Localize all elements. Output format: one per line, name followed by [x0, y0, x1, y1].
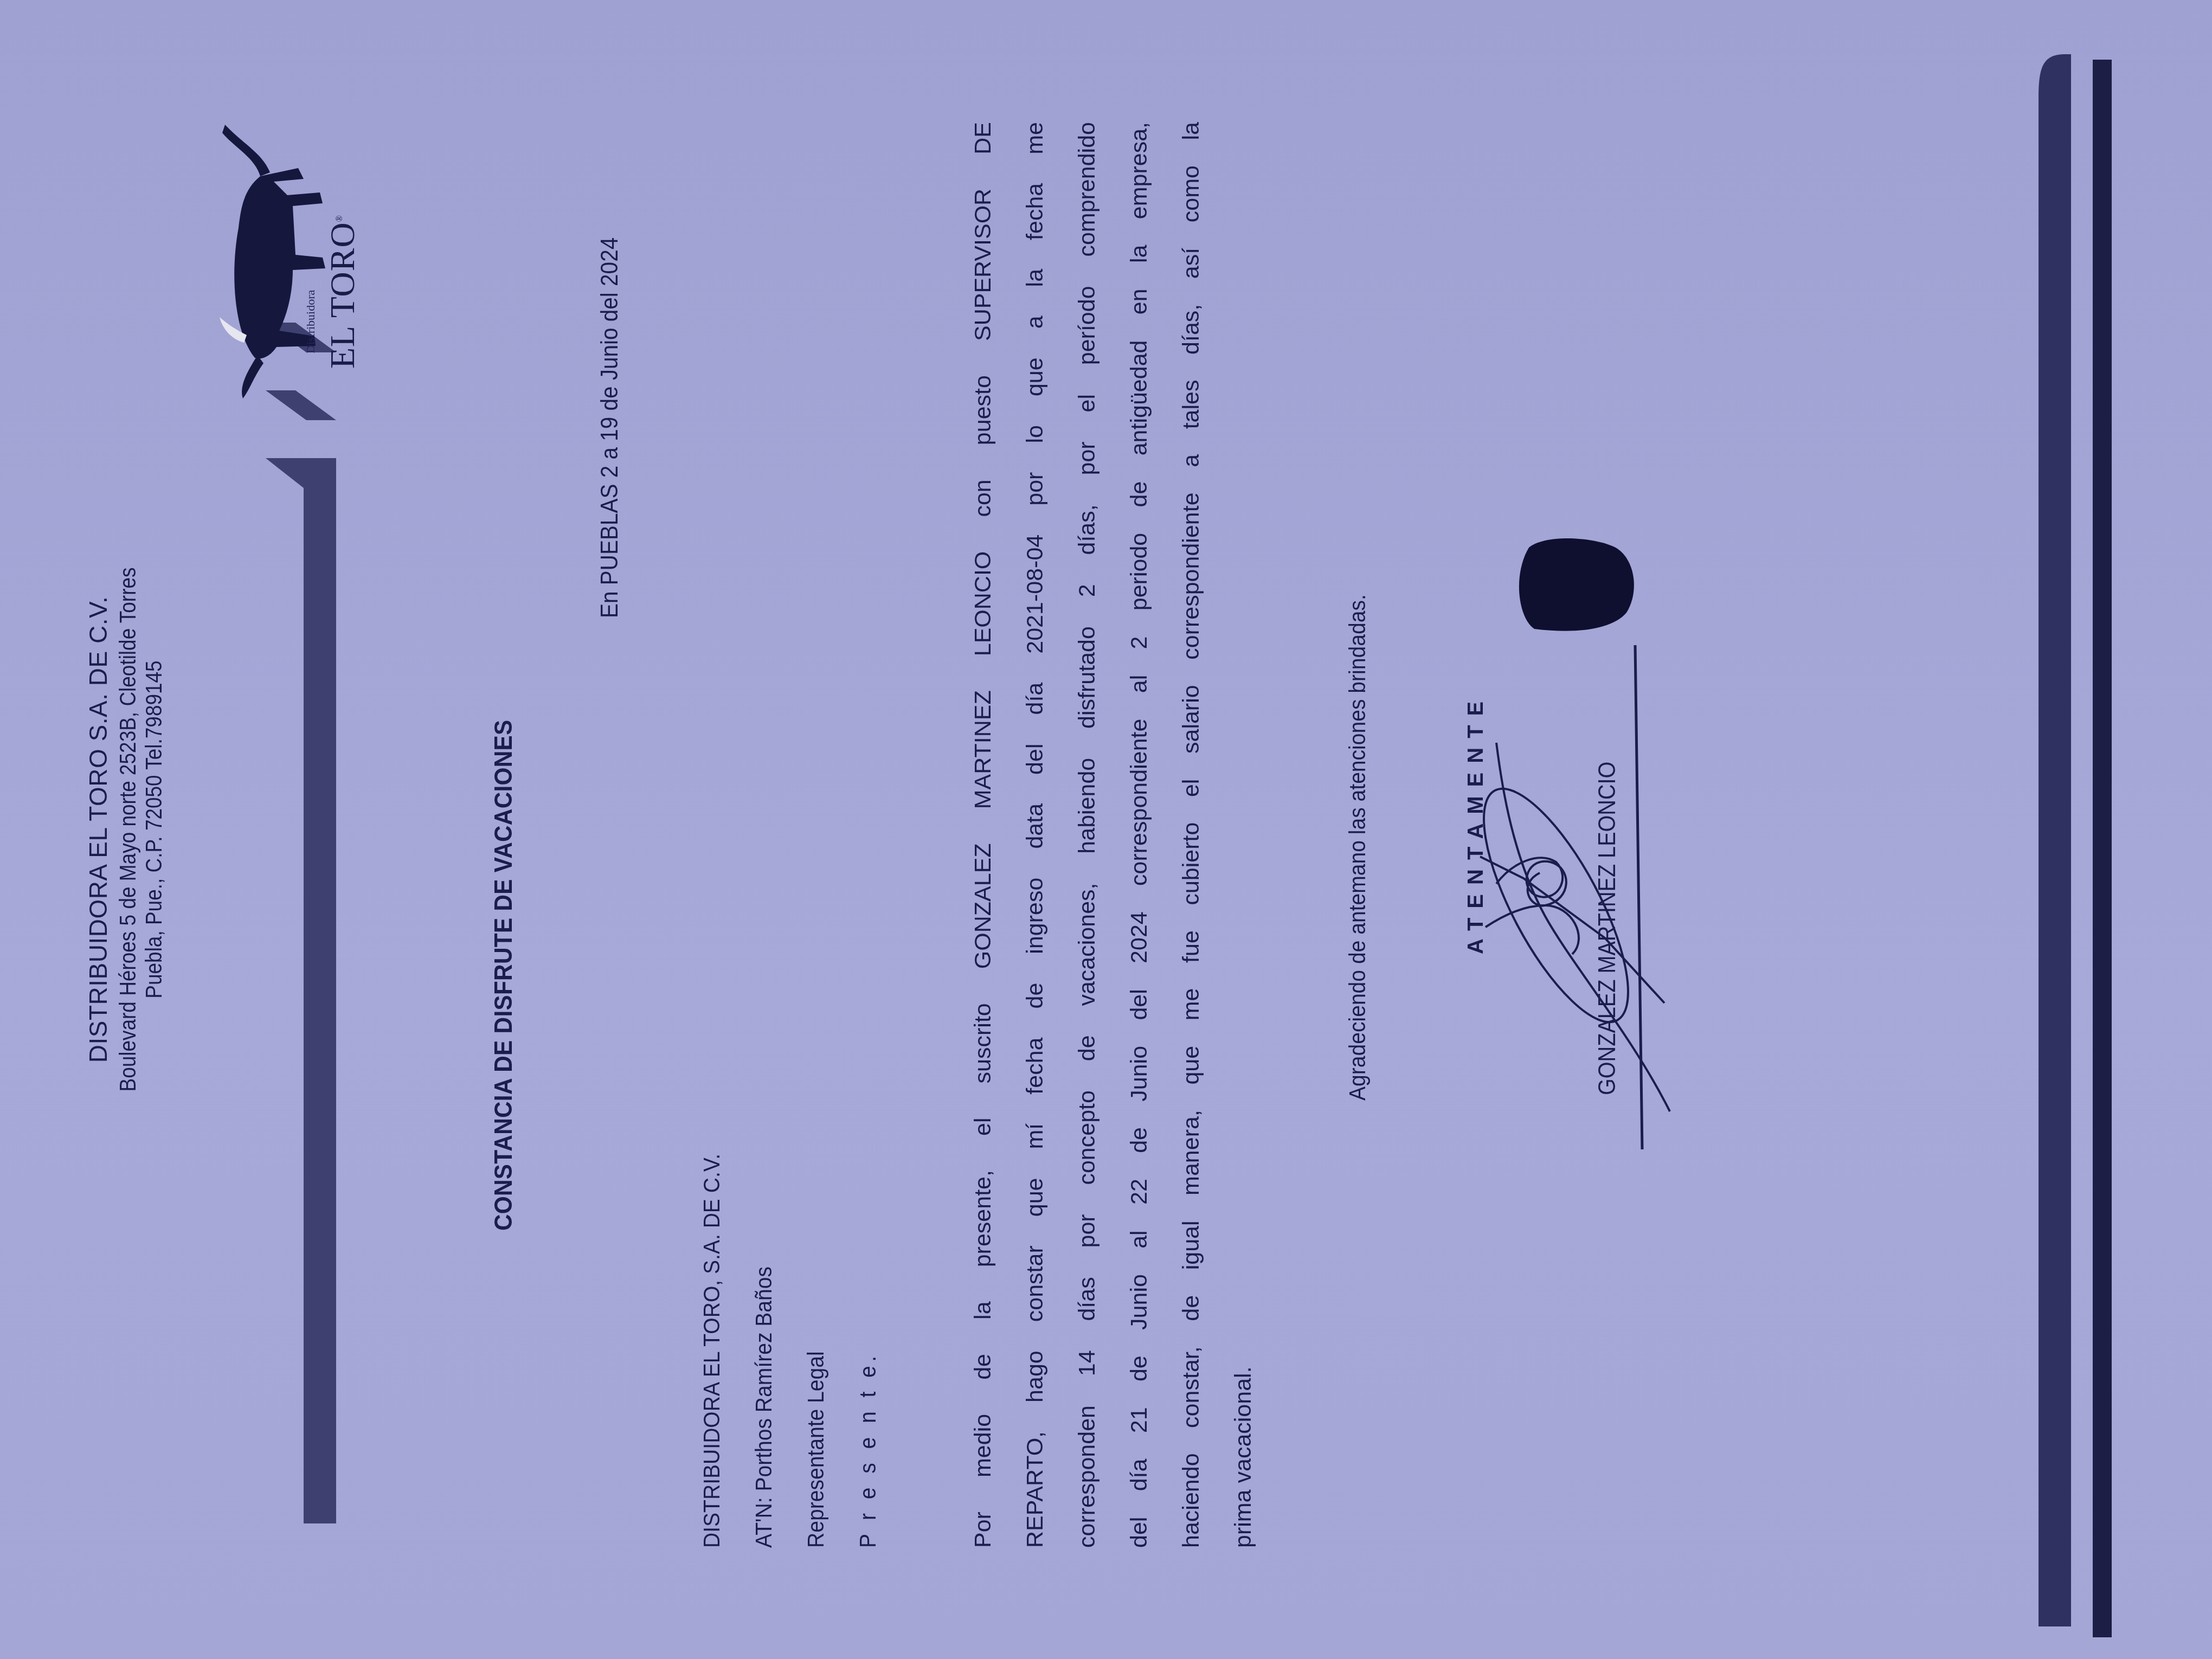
body-line: prima vacacional. — [1217, 122, 1269, 1548]
letterhead-address-1: Boulevard Héroes 5 de Mayo norte 2523B, … — [115, 100, 141, 1560]
body-line: haciendo constar, de igual manera, que m… — [1165, 122, 1217, 1548]
document-page: DISTRIBUIDORA EL TORO S.A. DE C.V. Boule… — [0, 0, 2212, 1659]
handwritten-signature — [1464, 721, 1681, 1209]
recipient-greeting: P r e s e n t e. — [842, 1154, 894, 1548]
recipient-role: Representante Legal — [790, 1154, 842, 1548]
body-line: Por medio de la presente, el suscrito GO… — [957, 122, 1009, 1548]
bull-icon — [211, 114, 390, 450]
thanks-line: Agradeciendo de antemano las atenciones … — [1345, 594, 1371, 1101]
company-logo: Distribuidora EL TORO® — [211, 114, 390, 450]
body-line: REPARTO, hago constar que mí fecha de in… — [1009, 122, 1061, 1548]
document-title: CONSTANCIA DE DISFRUTE DE VACACIONES — [488, 719, 518, 1231]
letterhead-company: DISTRIBUIDORA EL TORO S.A. DE C.V. — [81, 0, 115, 1659]
recipient-attn: AT'N: Porthos Ramírez Baños — [738, 1154, 790, 1548]
logo-brand-text: EL TORO® — [323, 215, 363, 369]
letterhead: DISTRIBUIDORA EL TORO S.A. DE C.V. Boule… — [81, 0, 168, 1659]
decorative-footer-bars — [2006, 0, 2212, 1659]
recipient-block: DISTRIBUIDORA EL TORO, S.A. DE C.V. AT'N… — [686, 1154, 894, 1548]
recipient-company: DISTRIBUIDORA EL TORO, S.A. DE C.V. — [686, 1154, 738, 1548]
fingerprint-mark — [1513, 531, 1643, 640]
letterhead-address-2: Puebla, Pue., C.P. 72050 Tel.7989145 — [141, 100, 167, 1560]
signer-name: GONZALEZ MARTINEZ LEONCIO — [1594, 762, 1621, 1095]
logo-small-text: Distribuidora — [304, 290, 318, 353]
date-line: En PUEBLAS 2 a 19 de Junio del 2024 — [596, 237, 623, 618]
body-line: corresponden 14 días por concepto de vac… — [1061, 122, 1113, 1548]
body-paragraph: Por medio de la presente, el suscrito GO… — [957, 122, 1269, 1548]
body-line: del día 21 de Junio al 22 de Junio del 2… — [1113, 122, 1165, 1548]
